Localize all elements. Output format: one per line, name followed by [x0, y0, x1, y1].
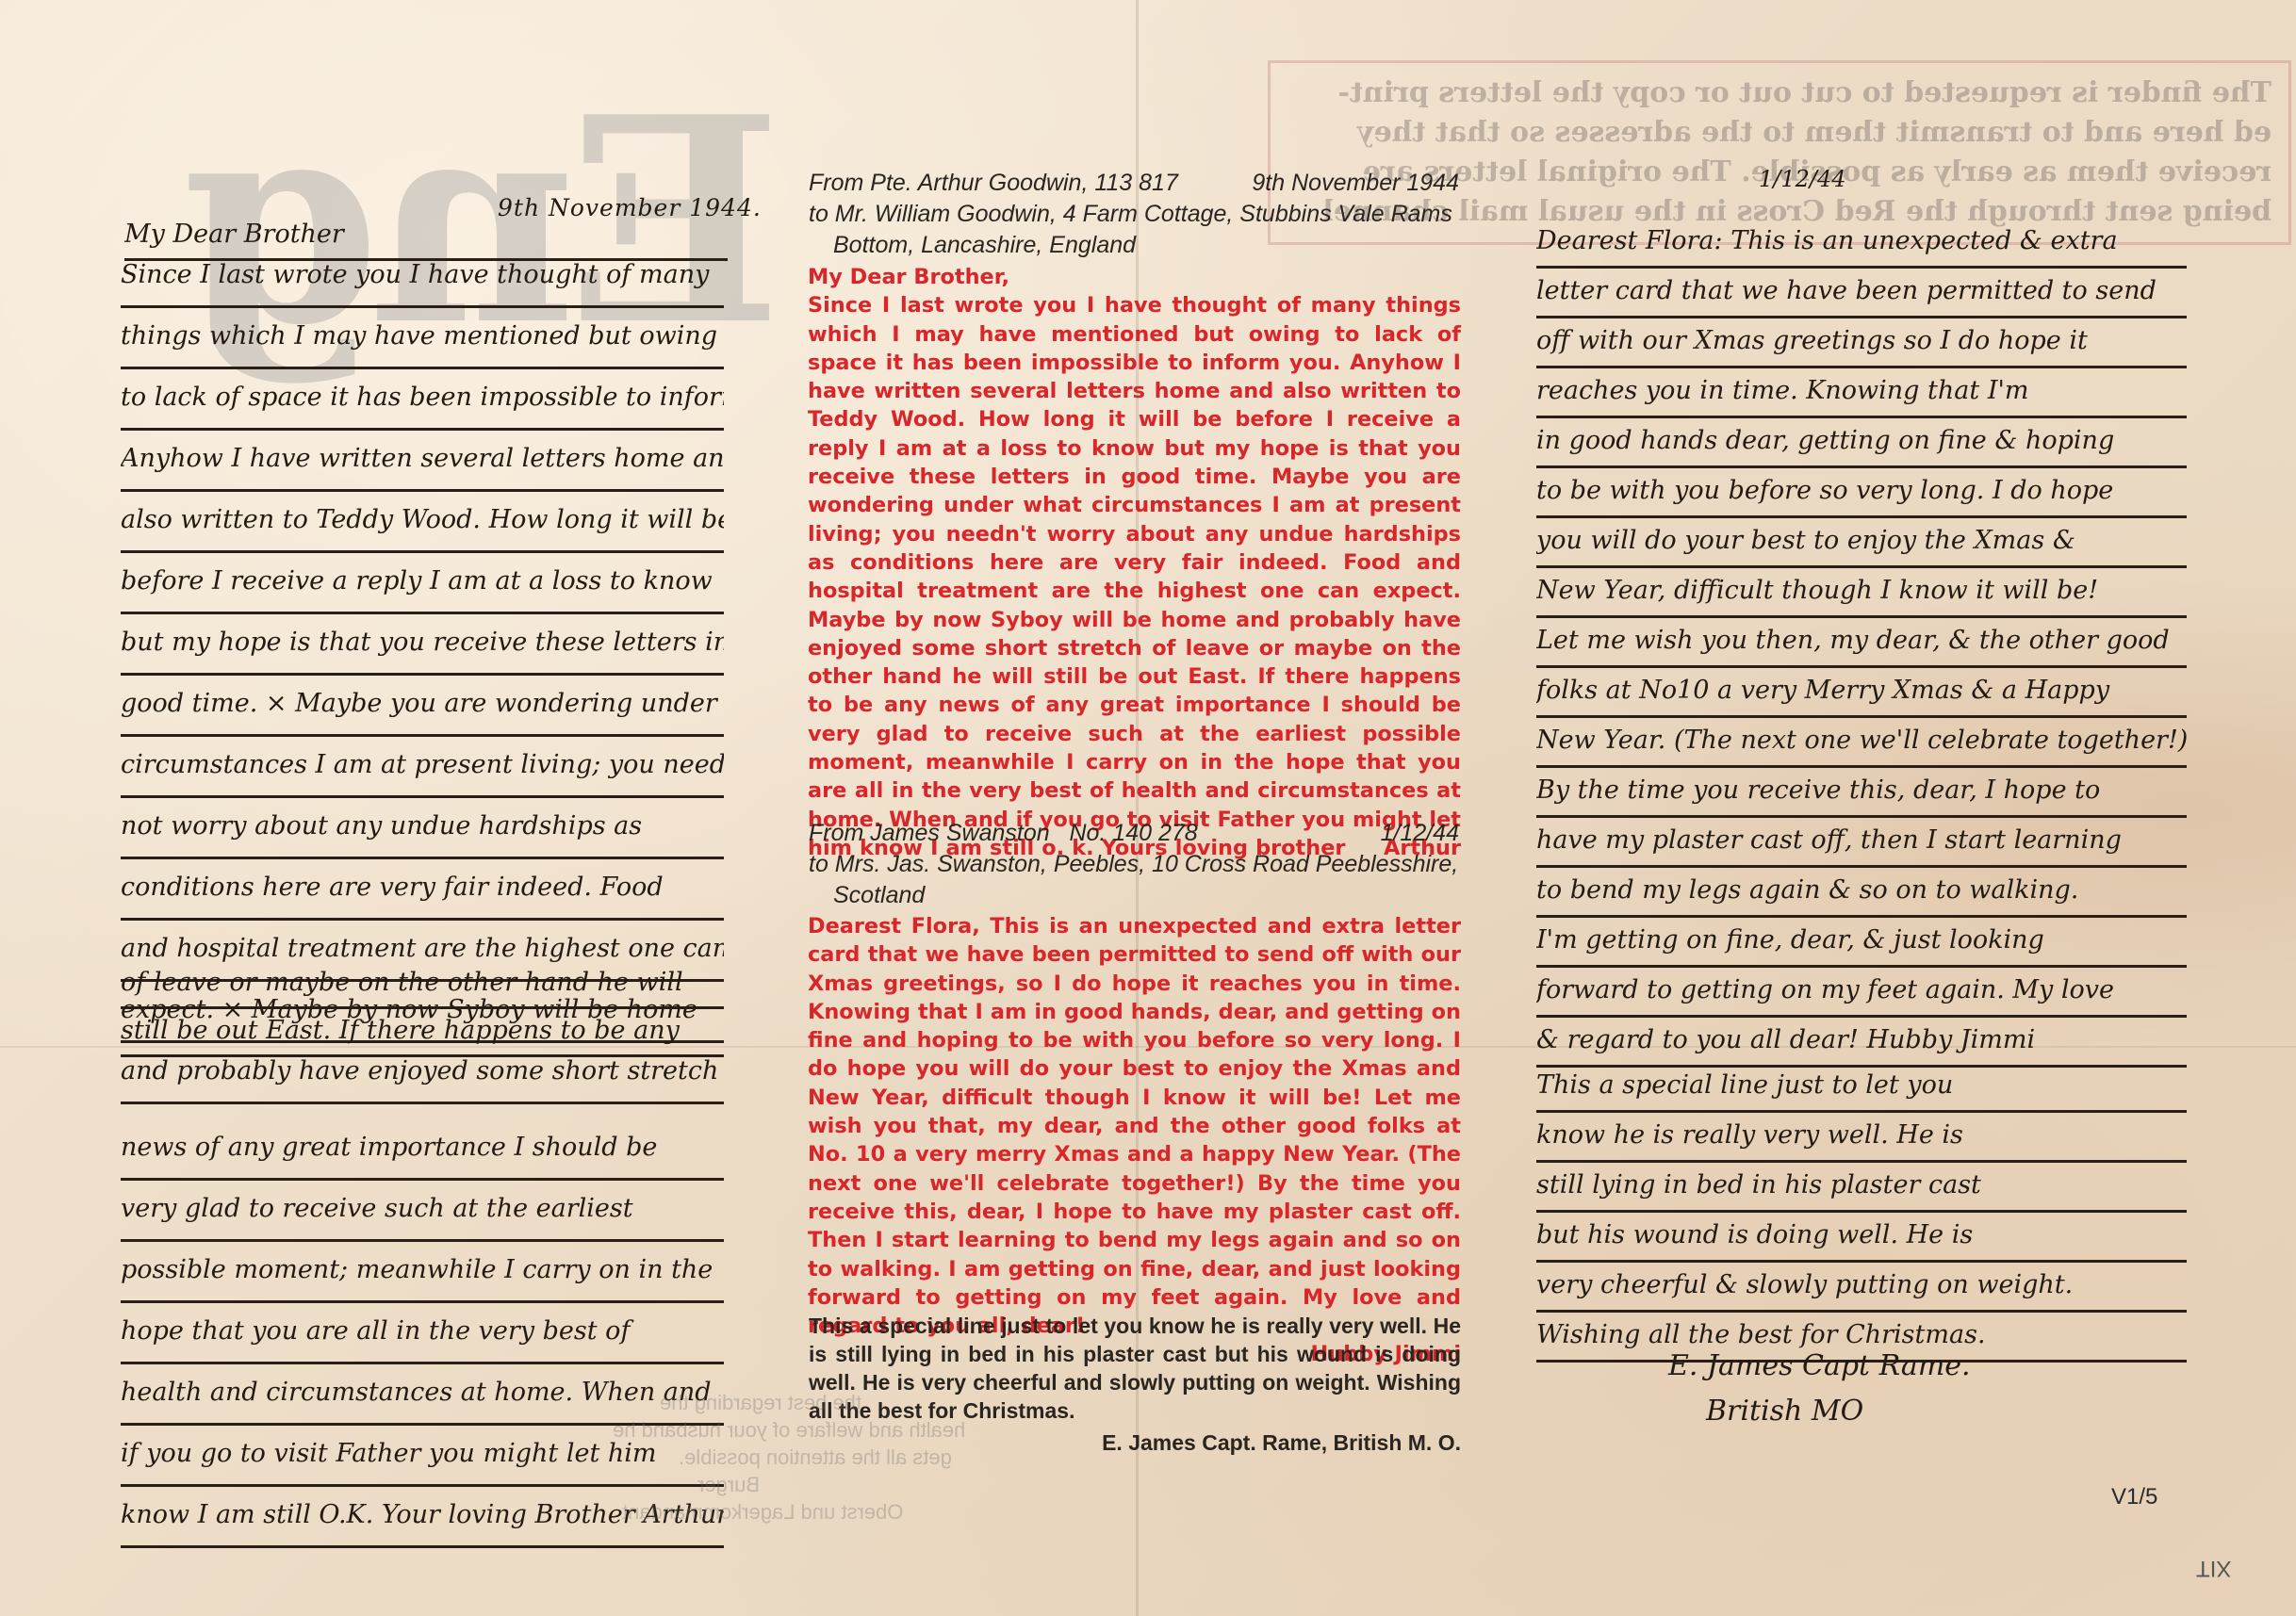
letter2-from: From James Swanston No. 140 278 [809, 818, 1198, 849]
letter1-header: From Pte. Arthur Goodwin, 113 817 9th No… [809, 168, 1459, 261]
handwritten-letter-left-part2: news of any great importance I should be… [121, 1119, 724, 1548]
show-through-text-2: health and welfare of your husband he [613, 1418, 965, 1443]
letter2-body: Dearest Flora, This is an unexpected and… [808, 912, 1461, 1340]
handwritten-letter-right: Dearest Flora: This is an unexpected & e… [1536, 219, 2187, 1068]
letter2-to: to Mrs. Jas. Swanston, Peebles, 10 Cross… [809, 849, 1459, 880]
letter1-to: to Mr. William Goodwin, 4 Farm Cottage, … [809, 199, 1459, 230]
letter2-date: 1/12/44 [1381, 818, 1459, 849]
letter1-body: Since I last wrote you I have thought of… [808, 293, 1461, 860]
letter1-date: 9th November 1944 [1252, 168, 1459, 199]
pencil-mark: XIT [2196, 1555, 2231, 1581]
show-through-text-4: Burger [697, 1473, 760, 1497]
letter2-header: From James Swanston No. 140 278 1/12/44 … [809, 818, 1459, 911]
medical-note-body: This a special line just to let you know… [809, 1312, 1461, 1425]
reference-code: V1/5 [2111, 1484, 2157, 1510]
letter1-from: From Pte. Arthur Goodwin, 113 817 [809, 168, 1178, 199]
letter2-to-cont: Scotland [809, 880, 1459, 911]
handwritten-signature-officer: E. James Capt Rame. [1668, 1349, 1971, 1382]
handwritten-date-mark: 1/12/44 [1759, 166, 1846, 192]
letter2-body-block: Dearest Flora, This is an unexpected and… [808, 912, 1461, 1369]
letter1-body-block: My Dear Brother, Since I last wrote you … [808, 263, 1461, 862]
handwritten-letter-left-continued: of leave or maybe on the other hand he w… [121, 961, 724, 1057]
handwritten-medical-note: This a special line just to let you know… [1536, 1063, 2187, 1363]
handwritten-signature-title: British MO [1706, 1395, 1863, 1428]
show-through-text-3: gets all the attention possible. [679, 1445, 952, 1470]
letter1-greeting: My Dear Brother, [808, 263, 1461, 291]
show-through-text-5: Oberst und Lagerkommandant [622, 1500, 903, 1525]
letter1-to-cont: Bottom, Lancashire, England [809, 230, 1459, 261]
show-through-text-1: the best regarding the [660, 1391, 861, 1415]
